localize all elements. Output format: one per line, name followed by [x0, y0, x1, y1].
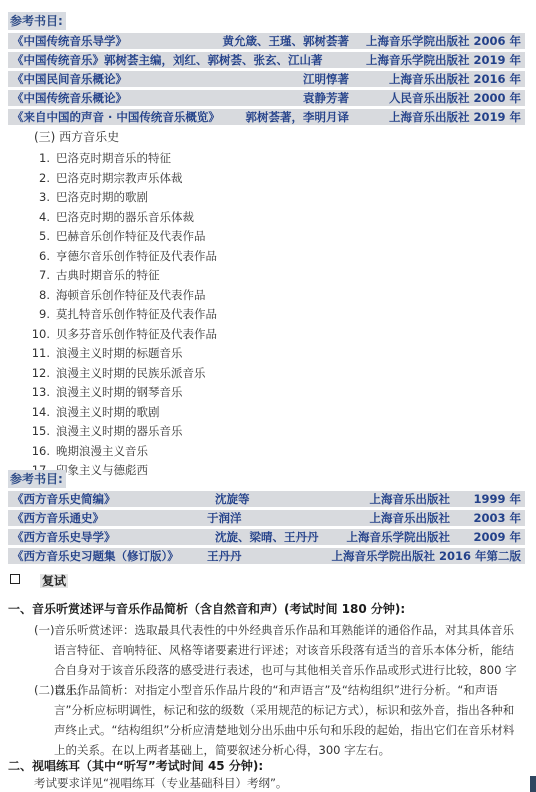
book-publisher: 上海音乐出版社: [370, 510, 451, 526]
book-author: 于润洋: [207, 510, 242, 526]
list-item: 14.浪漫主义时期的歌剧: [30, 403, 217, 423]
book-title: 《西方音乐史导学》: [12, 529, 116, 545]
reference-row: 《来自中国的声音 · 中国传统音乐概览》 郭树荟著，李明月译 上海音乐出版社 2…: [8, 109, 525, 125]
book-author: 黄允箴、王瑾、郭树荟著: [223, 33, 350, 49]
list-item: 6.亨德尔音乐创作特征及代表作品: [30, 247, 217, 267]
book-title: 《中国民间音乐概论》: [12, 71, 127, 87]
book-publisher: 上海音乐出版社: [370, 491, 451, 507]
section-heading-western-history: (三) 西方音乐史: [34, 128, 119, 145]
book-title: 《中国传统音乐》郭树荟主编，刘红、郭树荟、张玄、江山著: [12, 52, 323, 68]
list-item: 2.巴洛克时期宗教声乐体裁: [30, 169, 217, 189]
reference-heading: 参考书目:: [8, 470, 66, 488]
checkbox-square-icon: [10, 574, 20, 584]
book-title: 《中国传统音乐概论》: [12, 90, 127, 106]
list-item: 10.贝多芬音乐创作特征及代表作品: [30, 325, 217, 345]
list-item: 4.巴洛克时期的器乐音乐体裁: [30, 208, 217, 228]
list-item: 12.浪漫主义时期的民族乐派音乐: [30, 364, 217, 384]
list-item: 7.古典时期音乐的特征: [30, 266, 217, 286]
book-publisher: 上海音乐学院出版社: [347, 529, 451, 545]
book-publisher: 人民音乐出版社 2000 年: [389, 90, 521, 106]
list-item: 16.晚期浪漫主义音乐: [30, 442, 217, 462]
book-title: 《西方音乐史习题集（修订版）》: [12, 548, 179, 564]
reference-row: 《西方音乐通史》 于润洋 上海音乐出版社 2003 年: [8, 510, 525, 526]
book-title: 《来自中国的声音 · 中国传统音乐概览》: [12, 109, 220, 125]
reference-heading: 参考书目:: [8, 12, 66, 30]
section-title-solfeggio: 二、视唱练耳（其中“听写”考试时间 45 分钟):: [8, 757, 263, 774]
book-author: 沈旋等: [215, 491, 250, 507]
list-item: 3.巴洛克时期的歌剧: [30, 188, 217, 208]
book-year: 2009 年: [473, 529, 521, 545]
book-title: 《西方音乐史简编》: [12, 491, 116, 507]
western-reference-table: 《西方音乐史简编》 沈旋等 上海音乐出版社 1999 年 《西方音乐通史》 于润…: [8, 491, 525, 567]
reference-row: 《中国传统音乐导学》 黄允箴、王瑾、郭树荟著 上海音乐学院出版社 2006 年: [8, 33, 525, 49]
chinese-reference-table: 《中国传统音乐导学》 黄允箴、王瑾、郭树荟著 上海音乐学院出版社 2006 年 …: [8, 33, 525, 128]
book-year: 2003 年: [473, 510, 521, 526]
book-year: 1999 年: [473, 491, 521, 507]
reference-row: 《中国传统音乐概论》 袁静芳著 人民音乐出版社 2000 年: [8, 90, 525, 106]
list-item: 9.莫扎特音乐创作特征及代表作品: [30, 305, 217, 325]
list-item: 15.浪漫主义时期的器乐音乐: [30, 422, 217, 442]
list-item: 5.巴赫音乐创作特征及代表作品: [30, 227, 217, 247]
retest-heading: 复试: [10, 572, 68, 589]
book-author: 郭树荟著，李明月译: [246, 109, 350, 125]
book-publisher: 上海音乐出版社 2019 年: [389, 109, 521, 125]
book-author: 沈旋、梁晴、王丹丹: [215, 529, 319, 545]
book-author: 袁静芳著: [303, 90, 349, 106]
list-item: 13.浪漫主义时期的钢琴音乐: [30, 383, 217, 403]
book-title: 《西方音乐通史》: [12, 510, 104, 526]
section-title-listening-analysis: 一、音乐听赏述评与音乐作品简析（含自然音和声）(考试时间 180 分钟):: [8, 600, 405, 617]
list-item: 8.海顿音乐创作特征及代表作品: [30, 286, 217, 306]
book-publisher: 上海音乐学院出版社 2019 年: [366, 52, 521, 68]
topic-list: 1.巴洛克时期音乐的特征 2.巴洛克时期宗教声乐体裁 3.巴洛克时期的歌剧 4.…: [30, 149, 217, 481]
scroll-edge-marker: [530, 776, 536, 792]
book-publisher: 上海音乐出版社 2016 年: [389, 71, 521, 87]
reference-row: 《西方音乐史习题集（修订版）》 王丹丹 上海音乐学院出版社 2016 年第二版: [8, 548, 525, 564]
paragraph-work-analysis: (二) 音乐作品简析：对指定小型音乐作品片段的“和声语言”及“结构组织”进行分析…: [34, 680, 524, 760]
solfeggio-requirement-text: 考试要求详见“视唱练耳（专业基础科目）考纲”。: [34, 775, 287, 791]
reference-row: 《西方音乐史导学》 沈旋、梁晴、王丹丹 上海音乐学院出版社 2009 年: [8, 529, 525, 545]
book-author: 王丹丹: [207, 548, 242, 564]
book-publisher-year: 上海音乐学院出版社 2016 年第二版: [331, 548, 521, 564]
book-title: 《中国传统音乐导学》: [12, 33, 127, 49]
book-publisher: 上海音乐学院出版社 2006 年: [366, 33, 521, 49]
reference-row: 《中国民间音乐概论》 江明惇著 上海音乐出版社 2016 年: [8, 71, 525, 87]
reference-row: 《中国传统音乐》郭树荟主编，刘红、郭树荟、张玄、江山著 上海音乐学院出版社 20…: [8, 52, 525, 68]
reference-row: 《西方音乐史简编》 沈旋等 上海音乐出版社 1999 年: [8, 491, 525, 507]
list-item: 1.巴洛克时期音乐的特征: [30, 149, 217, 169]
list-item: 11.浪漫主义时期的标题音乐: [30, 344, 217, 364]
book-author: 江明惇著: [303, 71, 349, 87]
